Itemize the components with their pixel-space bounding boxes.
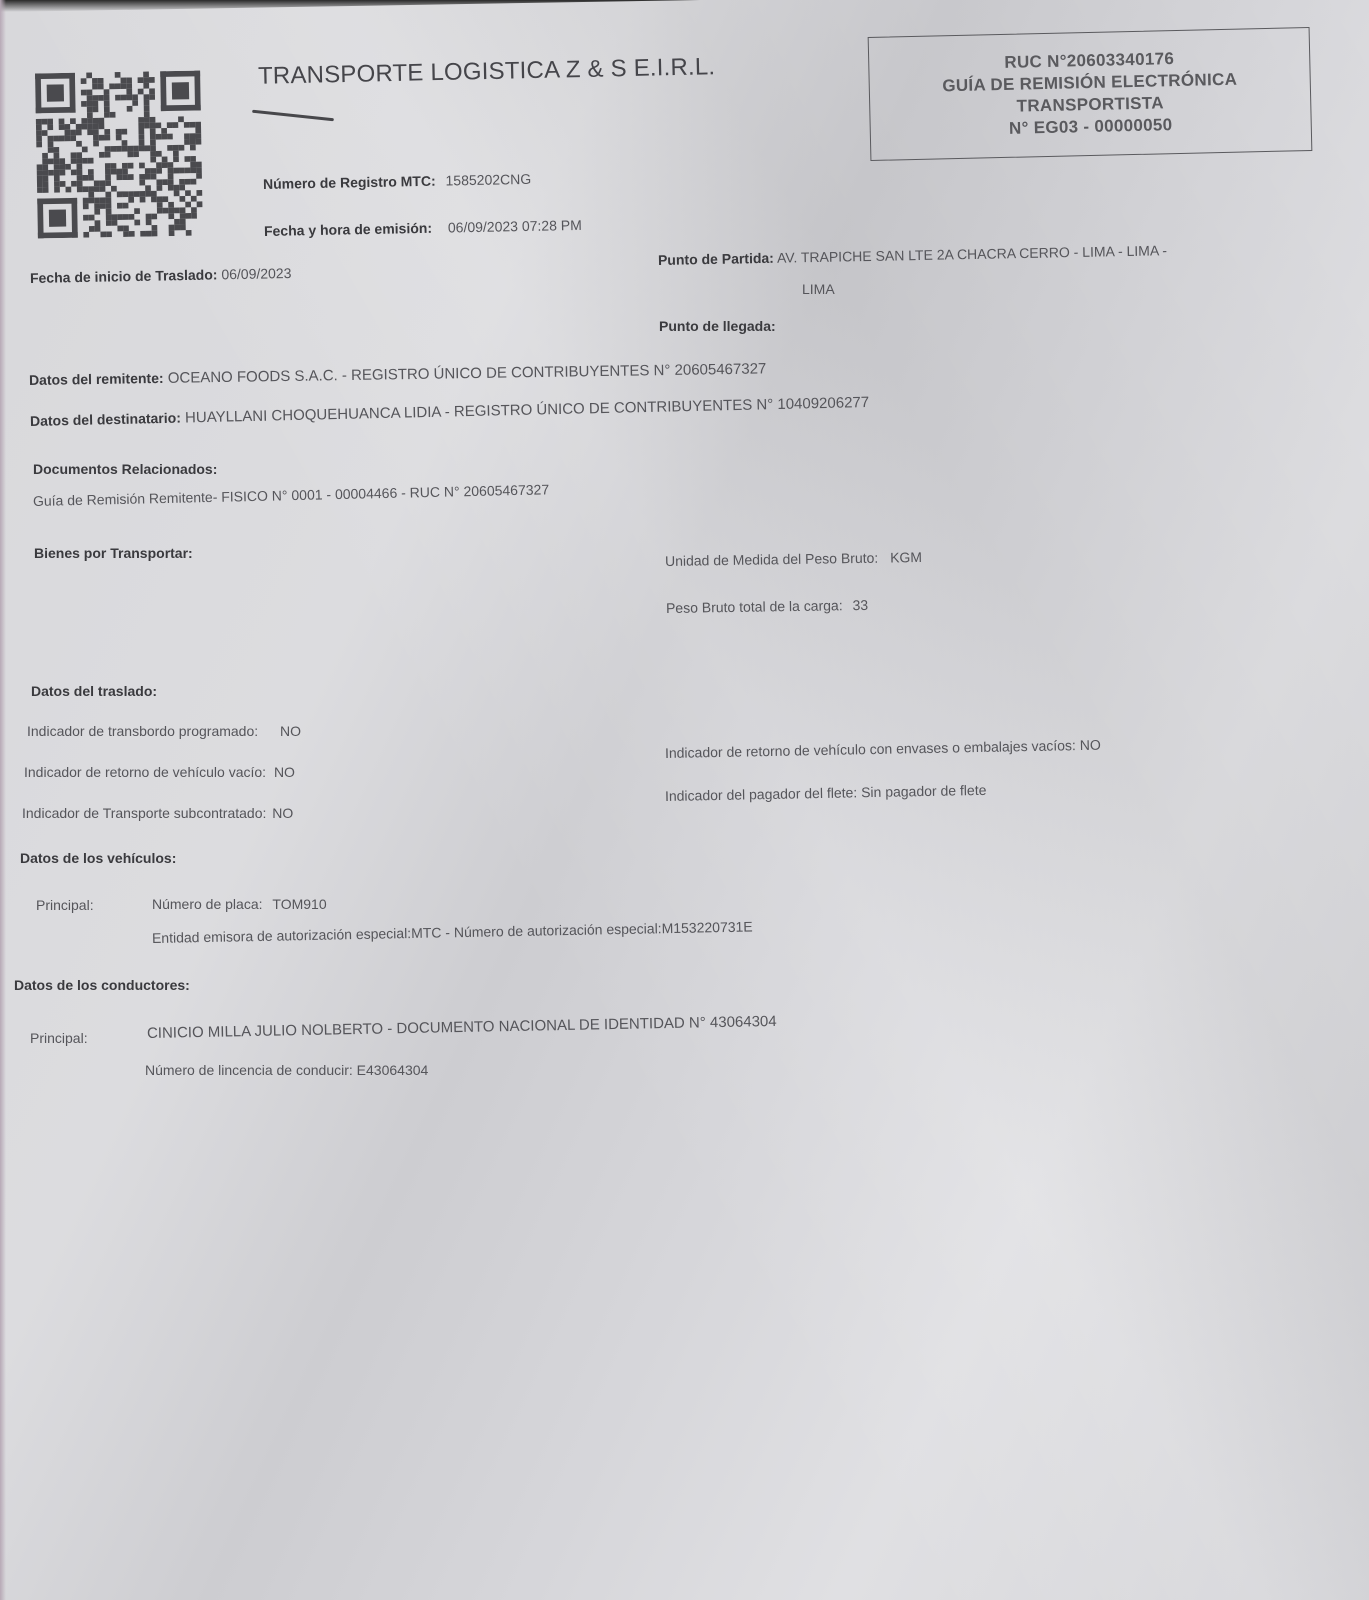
weight-row: Peso Bruto total de la carga: 33 xyxy=(666,597,868,616)
mtc-value: 1585202CNG xyxy=(445,171,531,189)
license-value: E43064304 xyxy=(357,1062,429,1078)
indicator-label: Indicador de transbordo programado: xyxy=(27,723,258,739)
emission-value: 06/09/2023 07:28 PM xyxy=(448,217,582,236)
unit-value: KGM xyxy=(890,549,922,565)
indicator-row: Indicador de transbordo programado: NO xyxy=(27,723,301,739)
destination-label: Punto de llegada: xyxy=(659,318,776,334)
ruc-box: RUC N°20603340176 GUÍA DE REMISIÓN ELECT… xyxy=(868,27,1313,161)
goods-label: Bienes por Transportar: xyxy=(34,545,193,561)
unit-label: Unidad de Medida del Peso Bruto: xyxy=(665,550,878,569)
plate-value: TOM910 xyxy=(272,896,326,912)
sender-label: Datos del remitente: xyxy=(29,370,164,388)
indicator-value: NO xyxy=(274,764,295,780)
qr-code-icon xyxy=(33,71,206,239)
license-label: Número de lincencia de conducir: xyxy=(145,1062,353,1078)
start-date-value: 06/09/2023 xyxy=(221,265,291,282)
origin-value-cont: LIMA xyxy=(802,281,835,297)
indicator-value: NO xyxy=(272,805,293,821)
vehicles-label: Datos de los vehículos: xyxy=(20,850,176,866)
weight-label: Peso Bruto total de la carga: xyxy=(666,597,843,616)
emission-label: Fecha y hora de emisión: xyxy=(264,220,432,239)
mtc-label: Número de Registro MTC: xyxy=(263,173,436,192)
indicator-row: Indicador de Transporte subcontratado: N… xyxy=(22,805,293,821)
vehicle-role: Principal: xyxy=(36,897,94,913)
weight-value: 33 xyxy=(852,597,868,613)
transfer-data-label: Datos del traslado: xyxy=(31,683,157,699)
indicator-label: Indicador de retorno de vehículo vacío: xyxy=(24,764,266,780)
indicator-value: NO xyxy=(1080,737,1101,753)
indicator-row: Indicador de retorno de vehículo vacío: … xyxy=(24,764,295,780)
drivers-label: Datos de los conductores: xyxy=(14,977,190,993)
driver-role: Principal: xyxy=(30,1030,88,1046)
plate-row: Número de placa: TOM910 xyxy=(152,896,327,912)
license-row: Número de lincencia de conducir: E430643… xyxy=(145,1062,428,1078)
plate-label: Número de placa: xyxy=(152,896,263,912)
related-docs-label: Documentos Relacionados: xyxy=(33,461,217,477)
paper-edge xyxy=(0,0,6,1600)
indicator-value: NO xyxy=(280,723,301,739)
doc-number: N° EG03 - 00000050 xyxy=(1009,114,1173,140)
origin-label: Punto de Partida: xyxy=(658,250,774,268)
indicator-label: Indicador de Transporte subcontratado: xyxy=(22,805,266,821)
recipient-label: Datos del destinatario: xyxy=(30,410,181,429)
indicator-value: Sin pagador de flete xyxy=(861,782,987,800)
